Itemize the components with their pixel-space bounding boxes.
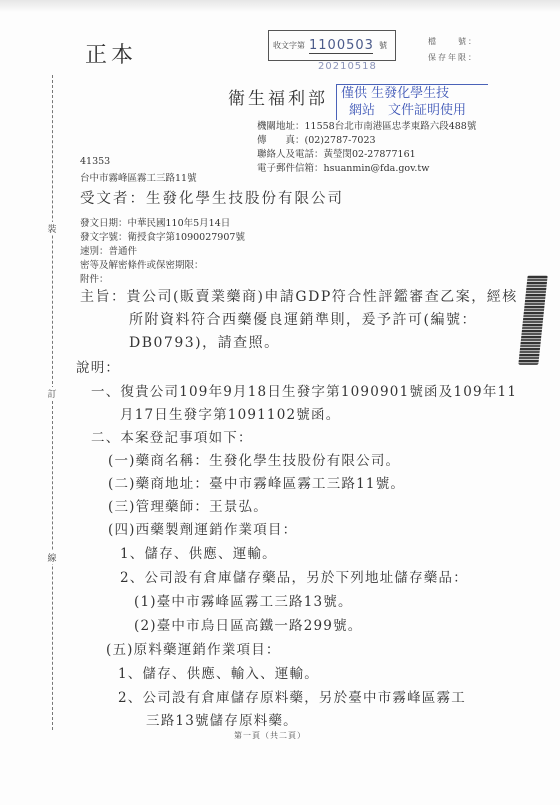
original-copy-mark: 正本 (85, 38, 137, 69)
stamp-line-1: 僅供 生發化學生技 (341, 85, 488, 102)
api-item-2-cont: 三路13號儲存原料藥。 (146, 709, 298, 729)
receipt-prefix: 收文字第 (273, 40, 305, 51)
attachments: 附件： (80, 271, 109, 285)
explanation-item-2: 二、本案登記事項如下： (91, 426, 253, 446)
drug-item-2: 2、公司設有倉庫儲存藥品，另於下列地址儲存藥品： (120, 566, 468, 586)
recipient-postal-code: 41353 (80, 156, 110, 167)
receipt-suffix: 號 (379, 40, 387, 51)
binding-mark-ding: 訂 (44, 387, 60, 400)
drug-storage-address-1: (1)臺中市霧峰區霧工三路13號。 (134, 590, 353, 610)
recipient-address: 台中市霧峰區霧工三路11號 (80, 170, 197, 184)
binding-dashed-line (52, 75, 53, 730)
registration-pharmacy-name: (一)藥商名稱：生發化學生技股份有限公司。 (108, 449, 400, 469)
binding-mark-xian: 線 (44, 551, 60, 564)
registration-drug-distribution-items: (四)西藥製劑運銷作業項目： (108, 518, 297, 538)
file-number-label: 檔 號： (428, 36, 478, 47)
agency-fax: 傳 真：(02)2787-7023 (257, 132, 376, 146)
agency-email: 電子郵件信箱：hsuanmin@fda.gov.tw (257, 160, 429, 174)
barcode-stamp (518, 275, 547, 365)
receipt-number: 1100503 (309, 38, 373, 54)
issue-date: 發文日期：中華民國110年5月14日 (80, 215, 230, 229)
delivery-speed: 速別：普通件 (80, 243, 137, 257)
usage-restriction-stamp: 僅供 生發化學生技 網站 文件証明使用 (336, 84, 488, 120)
api-item-1: 1、儲存、供應、輸入、運輸。 (118, 662, 319, 682)
registration-pharmacy-address: (二)藥商地址：臺中市霧峰區霧工三路11號。 (108, 472, 405, 492)
document-number: 發文字號：衛授食字第1090027907號 (80, 229, 245, 243)
subject-line-1: 主旨：貴公司(販賣業藥商)申請GDP符合性評鑑審查乙案，經核 (80, 286, 518, 306)
document-page: 裝 訂 線 正本 收文字第 1100503 號 20210518 檔 號： 保存… (0, 0, 560, 805)
registration-api-distribution-items: (五)原料藥運銷作業項目： (106, 638, 281, 658)
agency-name: 衛生福利部 (228, 84, 328, 109)
retention-period-label: 保存年限： (428, 52, 478, 63)
recipient-name: 受文者：生發化學生技股份有限公司 (80, 187, 344, 208)
secrecy-level: 密等及解密條件或保密期限： (80, 257, 204, 271)
drug-item-1: 1、儲存、供應、運輸。 (120, 542, 277, 562)
receipt-date-handwritten: 20210518 (318, 61, 377, 72)
binding-mark-zhuang: 裝 (44, 222, 60, 235)
explanation-item-1-cont: 月17日生發字第1091102號函。 (120, 403, 340, 423)
scan-shadow (0, 0, 560, 12)
drug-storage-address-2: (2)臺中市烏日區高鐵一路299號。 (134, 614, 363, 634)
explanation-item-1: 一、復貴公司109年9月18日生發字第1090901號函及109年11 (91, 380, 517, 400)
receipt-stamp-box: 收文字第 1100503 號 (268, 30, 396, 61)
agency-contact-person: 聯絡人及電話：黃瑩閔02-27877161 (257, 146, 416, 160)
stamp-line-2: 網站 文件証明使用 (341, 102, 488, 119)
api-item-2: 2、公司設有倉庫儲存原料藥，另於臺中市霧峰區霧工 (118, 686, 466, 706)
agency-address: 機關地址：11558台北市南港區忠孝東路六段488號 (257, 118, 476, 132)
subject-line-2: 所附資料符合西藥優良運銷準則，爰予許可(編號： (129, 309, 477, 329)
registration-pharmacist: (三)管理藥師：王景弘。 (108, 495, 268, 515)
page-indicator: 第一頁（共二頁） (234, 730, 306, 741)
subject-line-3: DB0793)，請查照。 (129, 332, 280, 352)
explanation-label: 說明： (76, 356, 120, 376)
